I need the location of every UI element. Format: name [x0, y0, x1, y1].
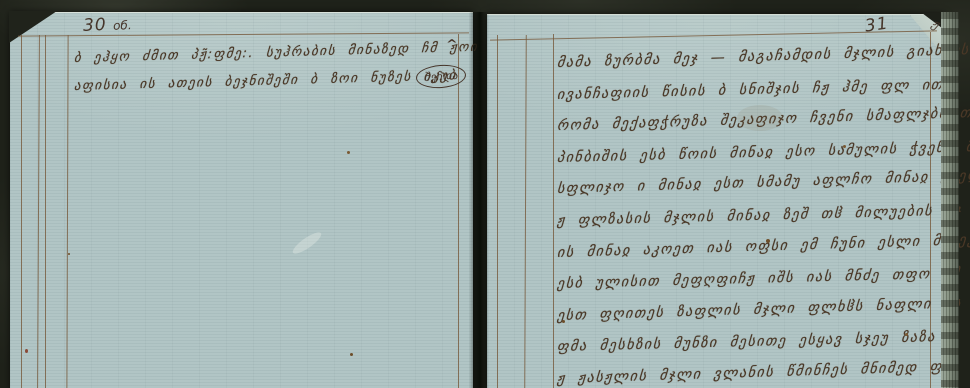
paper-scratch [290, 229, 324, 257]
foxing-spot [347, 151, 350, 154]
margin-rule-right-border [458, 34, 459, 388]
margin-rule-vertical [21, 35, 22, 388]
foxing-spot [766, 239, 770, 243]
margin-rule-vertical [66, 35, 69, 388]
gutter-shadow [469, 12, 489, 388]
foxing-spot [562, 320, 565, 323]
folio-number-right: 31 [864, 13, 890, 36]
folio-number-left: 30 об. [83, 14, 132, 36]
folio-number-left-value: 30 [83, 15, 107, 36]
manuscript-line: აფისია ის ათეის ბეჯნიშეში ბ ზოი ნუზეს იკ… [73, 68, 457, 94]
left-page: 30 об. ბ ეჰყო ძმით პჟ̃:ფმე:. სუჰრაბის მი… [10, 12, 473, 388]
foxing-spot [68, 253, 70, 255]
left-page-corner-cut [9, 11, 57, 43]
margin-rule-text-border [553, 34, 554, 388]
manuscript-line: ბ ეჰყო ძმით პჟ̃:ფმე:. სუჰრაბის მინაზედ ჩ… [73, 40, 479, 66]
right-page: 31 ჟ მამა ზურბმა მეჯ — მაგაჩამდის მჯლის … [487, 14, 945, 388]
foxing-spot [25, 349, 28, 353]
margin-rule-vertical [37, 35, 40, 388]
margin-rule-vertical [45, 35, 46, 388]
margin-rule-vertical [497, 35, 498, 388]
folio-number-left-suffix: об. [113, 18, 132, 33]
manuscript-text-block: მამა ზურბმა მეჯ — მაგაჩამდის მჯლის გიახუ… [557, 48, 935, 388]
scanned-manuscript-photo: { "spread": { "left_page": { "folio_numb… [0, 0, 970, 388]
foxing-spot [843, 145, 846, 148]
insertion-caret-mark: ^ [446, 39, 458, 52]
foxing-spot [905, 333, 908, 336]
fore-edge-page-stack [941, 12, 959, 388]
foxing-spot [350, 353, 353, 356]
margin-rule-vertical [524, 35, 527, 388]
paper-stain [737, 105, 783, 131]
